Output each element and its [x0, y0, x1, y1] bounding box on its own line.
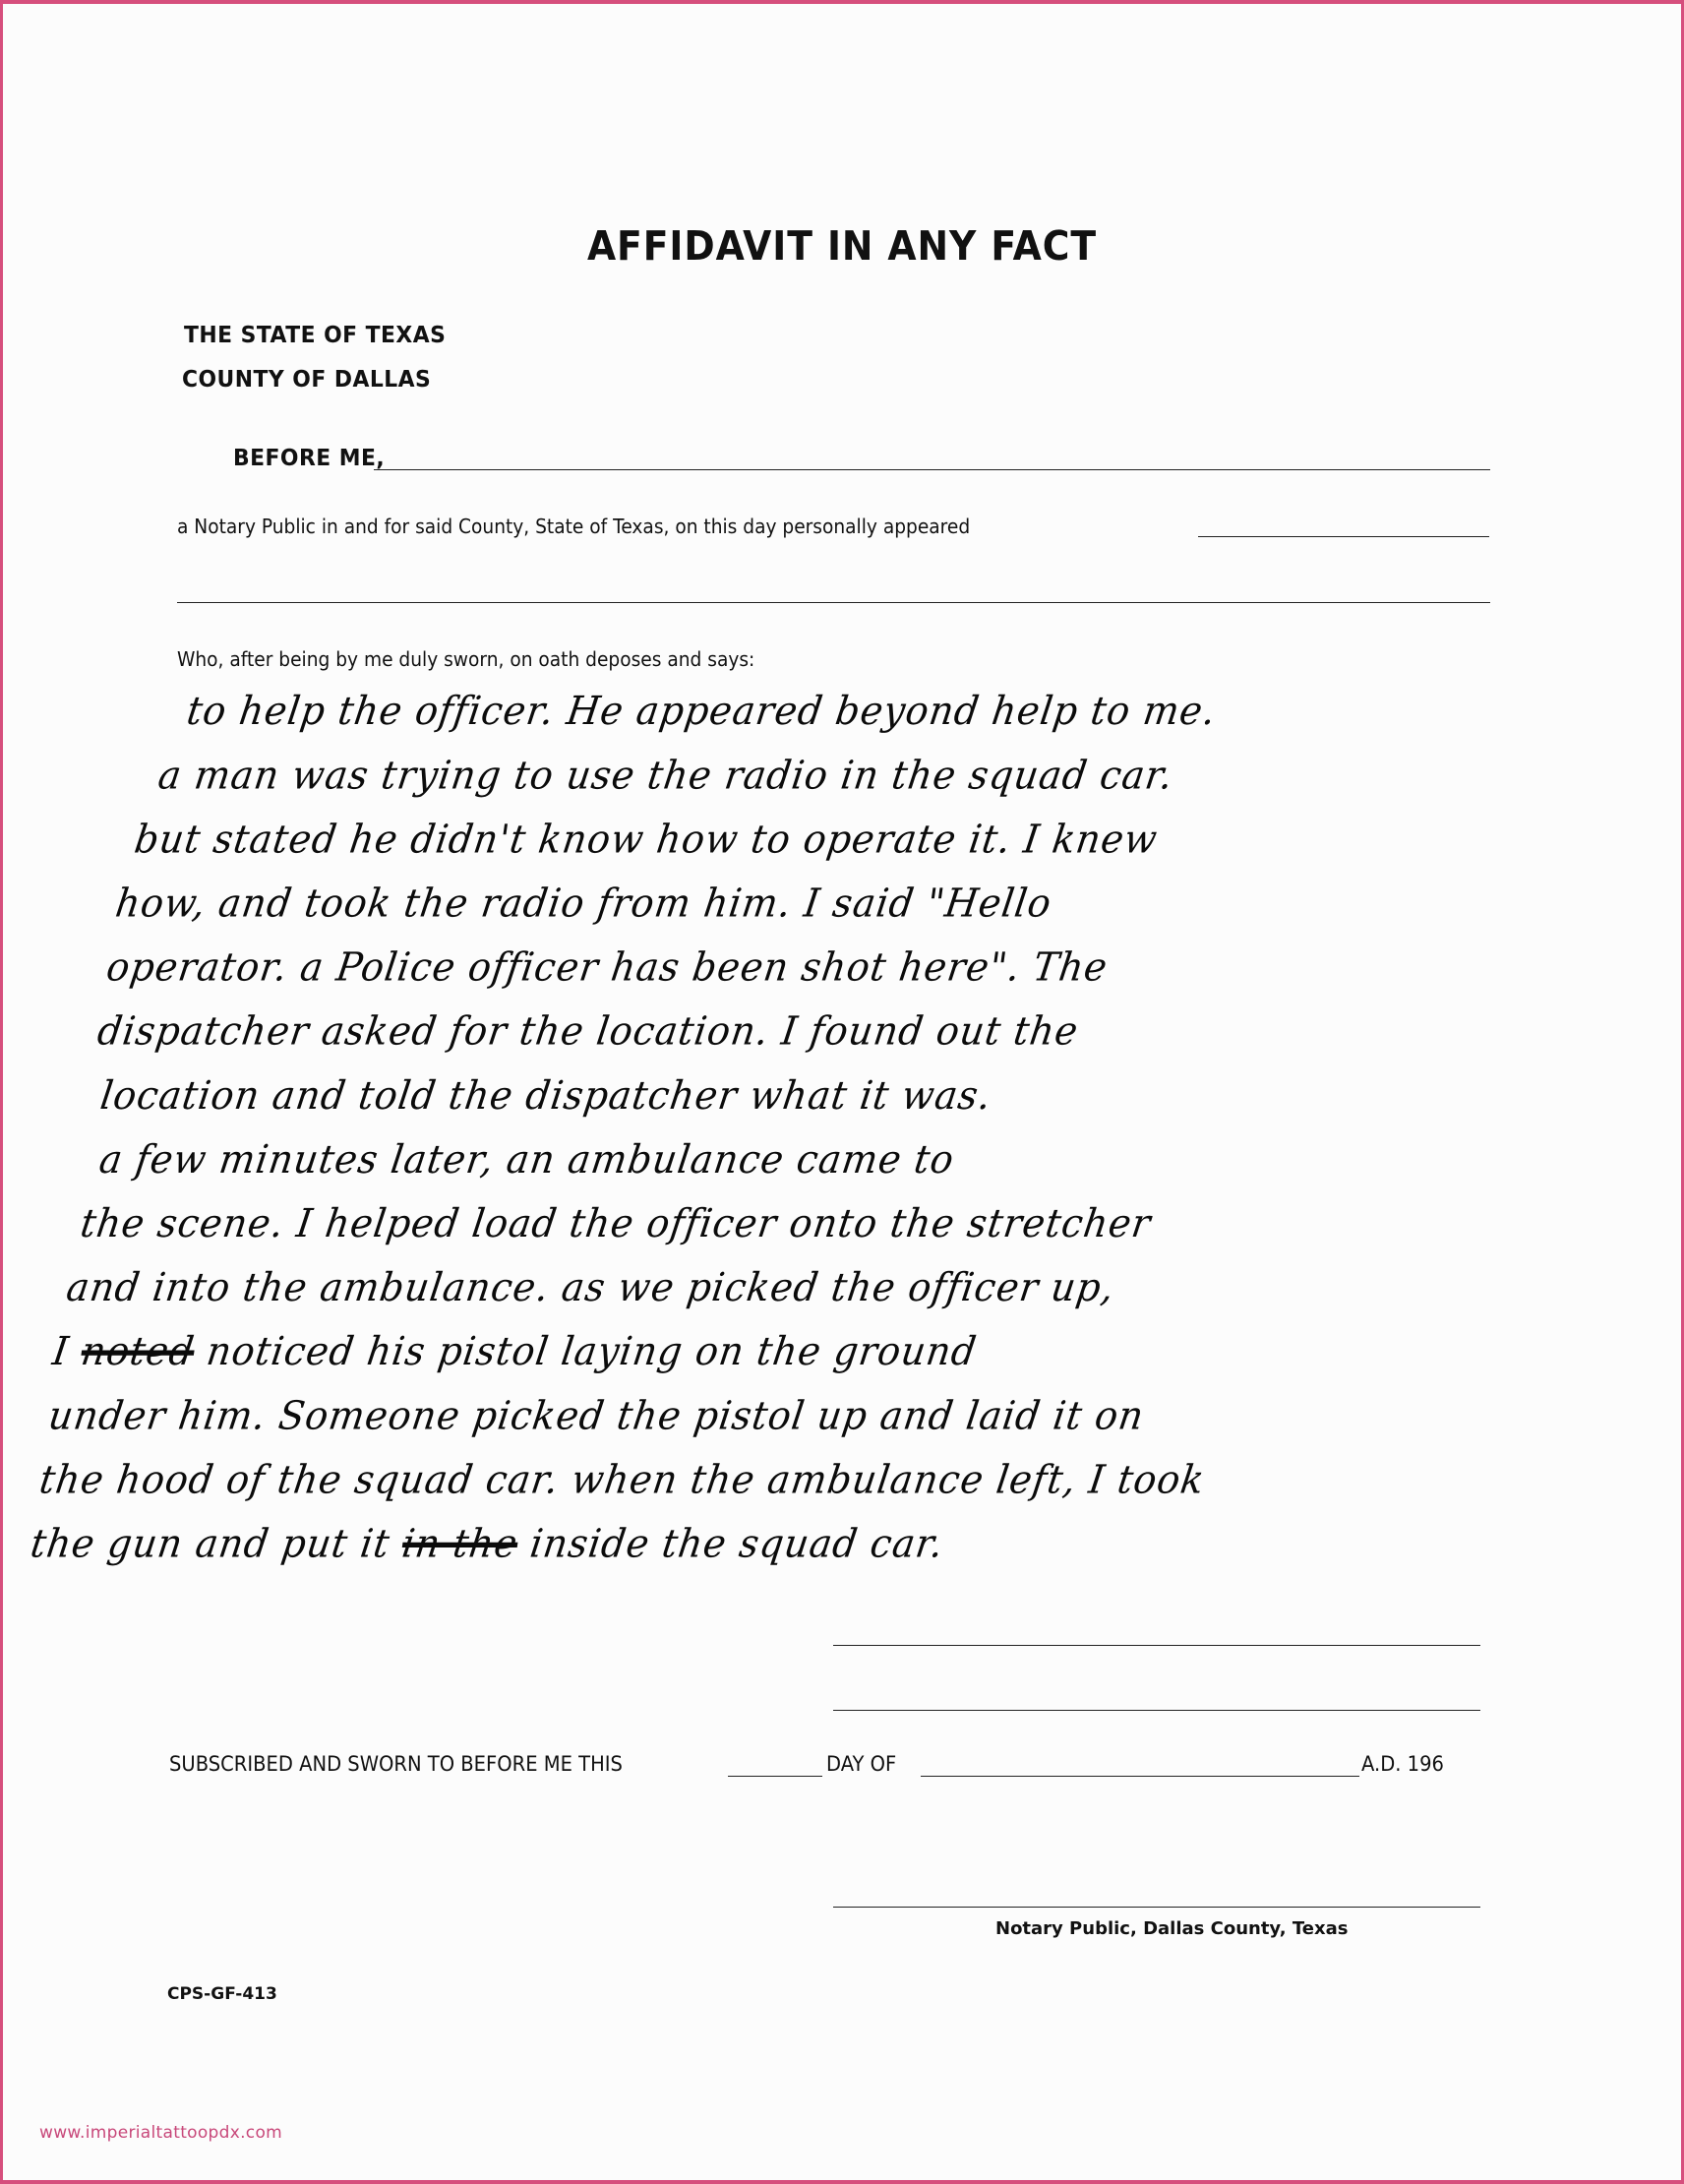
statement-line: the gun and put it in the inside the squ…	[22, 1511, 1545, 1575]
statement-line: the scene. I helped load the officer ont…	[67, 1191, 1591, 1255]
year-label: A.D. 196	[1361, 1752, 1444, 1776]
state-line: THE STATE OF TEXAS	[184, 323, 446, 348]
statement-line: to help the officer. He appeared beyond …	[139, 679, 1662, 743]
statement-line: but stated he didn't know how to operate…	[121, 807, 1645, 871]
struck-word: in the	[399, 1521, 520, 1566]
deposes-label: Who, after being by me duly sworn, on oa…	[177, 647, 754, 671]
handwritten-statement: to help the officer. He appeared beyond …	[22, 679, 1662, 1575]
statement-line: under him. Someone picked the pistol up …	[39, 1383, 1563, 1447]
form-number: CPS-GF-413	[167, 1984, 277, 2004]
statement-line: how, and took the radio from him. I said…	[111, 871, 1635, 935]
watermark-link[interactable]: www.imperialtattoopdx.com	[39, 2123, 282, 2143]
appeared-field-line-2[interactable]	[177, 602, 1490, 603]
statement-line: a man was trying to use the radio in the…	[130, 743, 1654, 807]
subscribed-label: SUBSCRIBED AND SWORN TO BEFORE ME THIS	[169, 1752, 623, 1776]
statement-line: I noted noticed his pistol laying on the…	[48, 1319, 1572, 1383]
day-field[interactable]	[728, 1776, 822, 1777]
statement-line: location and told the dispatcher what it…	[85, 1063, 1608, 1127]
appeared-field[interactable]	[1198, 536, 1489, 537]
notary-caption: Notary Public, Dallas County, Texas	[995, 1918, 1348, 1939]
document-title: AFFIDAVIT IN ANY FACT	[67, 222, 1616, 270]
notary-intro-text: a Notary Public in and for said County, …	[177, 515, 970, 538]
struck-word: noted	[79, 1328, 198, 1373]
before-me-field[interactable]	[374, 469, 1490, 470]
affiant-signature-line-1[interactable]	[833, 1645, 1480, 1646]
statement-line: and into the ambulance. as we picked the…	[58, 1255, 1582, 1319]
statement-line: a few minutes later, an ambulance came t…	[76, 1127, 1599, 1191]
month-field[interactable]	[921, 1776, 1359, 1777]
statement-line: operator. a Police officer has been shot…	[102, 935, 1626, 999]
statement-line: dispatcher asked for the location. I fou…	[93, 1000, 1617, 1063]
before-me-label: BEFORE ME,	[233, 446, 385, 471]
notary-signature-line[interactable]	[833, 1907, 1480, 1908]
day-of-label: DAY OF	[826, 1752, 896, 1776]
affiant-signature-line-2[interactable]	[833, 1710, 1480, 1711]
statement-line: the hood of the squad car. when the ambu…	[30, 1447, 1554, 1511]
county-line: COUNTY OF DALLAS	[182, 367, 431, 393]
